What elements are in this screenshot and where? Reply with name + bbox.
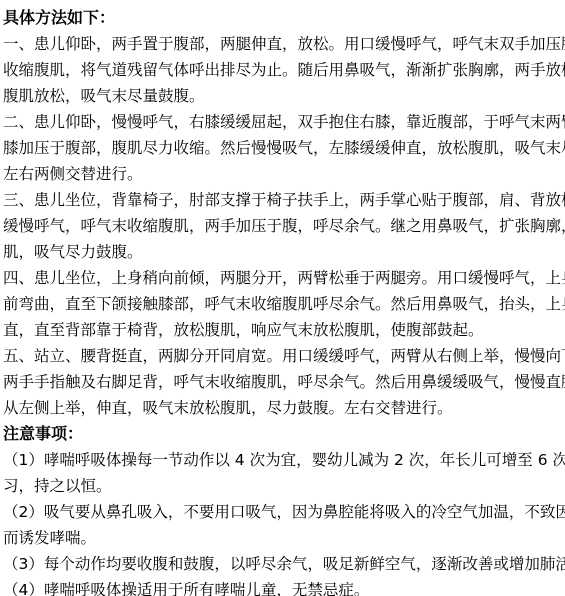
document-body: 具体方法如下： 一、患儿仰卧，两手置于腹部，两腿伸直，放松。用口缓慢呼气，呼气末… (0, 0, 565, 596)
note-item-4-line-1: （4）哮喘呼吸体操适用于所有哮喘儿童，无禁忌症。 (3, 577, 565, 596)
method-step-1: 一、患儿仰卧，两手置于腹部，两腿伸直，放松。用口缓慢呼气，呼气末双手加压腹部，并… (3, 31, 565, 109)
method-step-1-line-1: 一、患儿仰卧，两手置于腹部，两腿伸直，放松。用口缓慢呼气，呼气末双手加压腹部，并 (3, 31, 565, 57)
method-step-3: 三、患儿坐位，背靠椅子，肘部支撑于椅子扶手上，两手掌心贴于腹部，肩、背放松。用口… (3, 187, 565, 265)
method-step-4-line-1: 四、患儿坐位，上身稍向前倾，两腿分开，两臂松垂于两腿旁。用口缓慢呼气，上身渐渐向 (3, 265, 565, 291)
method-step-4-line-3: 直，直至背部靠于椅背，放松腹肌，响应气末放松腹肌，使腹部鼓起。 (3, 317, 565, 343)
note-item-3: （3）每个动作均要收腹和鼓腹，以呼尽余气，吸足新鲜空气，逐渐改善或增加肺活量。 (3, 551, 565, 577)
method-step-5-line-1: 五、站立、腰背挺直，两脚分开同肩宽。用口缓缓呼气，两臂从右侧上举，慢慢向下弯腰， (3, 343, 565, 369)
note-item-1: （1）哮喘呼吸体操每一节动作以 4 次为宜，婴幼儿减为 2 次，年长儿可增至 6… (3, 447, 565, 499)
method-step-3-line-1: 三、患儿坐位，背靠椅子，肘部支撑于椅子扶手上，两手掌心贴于腹部，肩、背放松。用口 (3, 187, 565, 213)
method-step-3-line-2: 缓慢呼气，呼气末收缩腹肌，两手加压于腹，呼尽余气。继之用鼻吸气，扩张胸廓，放松腹 (3, 213, 565, 239)
note-item-2-line-2: 而诱发哮喘。 (3, 525, 565, 551)
method-step-2: 二、患儿仰卧，慢慢呼气，右膝缓缓屈起，双手抱住右膝，靠近腹部，于呼气末两臂用力抱… (3, 109, 565, 187)
method-step-3-line-3: 肌，吸气尽力鼓腹。 (3, 239, 565, 265)
methods-heading: 具体方法如下： (3, 5, 565, 31)
note-item-3-line-1: （3）每个动作均要收腹和鼓腹，以呼尽余气，吸足新鲜空气，逐渐改善或增加肺活量。 (3, 551, 565, 577)
note-item-4: （4）哮喘呼吸体操适用于所有哮喘儿童，无禁忌症。 (3, 577, 565, 596)
note-item-2-line-1: （2）吸气要从鼻孔吸入，不要用口吸气，因为鼻腔能将吸入的冷空气加温，不致因冷刺激 (3, 499, 565, 525)
method-step-4-line-2: 前弯曲，直至下颌接触膝部，呼气末收缩腹肌呼尽余气。然后用鼻吸气，抬头，上身逐渐挺 (3, 291, 565, 317)
method-step-2-line-1: 二、患儿仰卧，慢慢呼气，右膝缓缓屈起，双手抱住右膝，靠近腹部，于呼气末两臂用力抱 (3, 109, 565, 135)
method-step-2-line-3: 左右两侧交替进行。 (3, 161, 565, 187)
method-step-4: 四、患儿坐位，上身稍向前倾，两腿分开，两臂松垂于两腿旁。用口缓慢呼气，上身渐渐向… (3, 265, 565, 343)
note-item-1-line-1: （1）哮喘呼吸体操每一节动作以 4 次为宜，婴幼儿减为 2 次，年长儿可增至 6… (3, 447, 565, 473)
method-step-5-line-3: 从左侧上举，伸直，吸气末放松腹肌，尽力鼓腹。左右交替进行。 (3, 395, 565, 421)
notes-heading: 注意事项： (3, 421, 565, 447)
note-item-1-line-2: 习，持之以恒。 (3, 473, 565, 499)
method-step-5: 五、站立、腰背挺直，两脚分开同肩宽。用口缓缓呼气，两臂从右侧上举，慢慢向下弯腰，… (3, 343, 565, 421)
note-item-2: （2）吸气要从鼻孔吸入，不要用口吸气，因为鼻腔能将吸入的冷空气加温，不致因冷刺激… (3, 499, 565, 551)
method-step-1-line-3: 腹肌放松，吸气末尽量鼓腹。 (3, 83, 565, 109)
method-step-1-line-2: 收缩腹肌，将气道残留气体呼出排尽为止。随后用鼻吸气，渐渐扩张胸廓，两手放松，同时 (3, 57, 565, 83)
method-step-2-line-2: 膝加压于腹部，腹肌尽力收缩。然后慢慢吸气，左膝缓缓伸直，放松腹肌，吸气末尽力鼓腹… (3, 135, 565, 161)
method-step-5-line-2: 两手手指触及右脚足背，呼气末收缩腹肌，呼尽余气。然后用鼻缓缓吸气，慢慢直腰，两臂 (3, 369, 565, 395)
